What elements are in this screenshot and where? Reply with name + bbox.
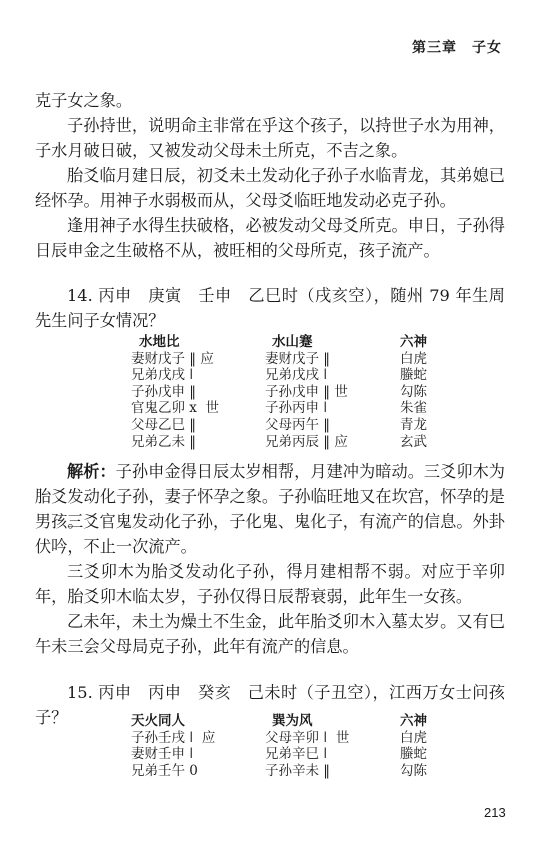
table-row: 官鬼乙卯 x 世 子孙丙申 ǀ 朱雀 (0, 400, 536, 417)
table-row: 兄弟戊戌 ǀ 兄弟戊戌 ǀ 螣蛇 (0, 367, 536, 384)
case-question-14: 14. 丙申 庚寅 壬申 乙巳时（戌亥空），随州 79 年生周先生问子女情况？ (35, 283, 505, 333)
table-header-main-hexagram: 天火同人 (131, 713, 185, 730)
table-row: 兄弟壬午 0 子孙辛未 ‖ 勾陈 (0, 763, 536, 780)
table-row: 兄弟乙未 ‖ 兄弟丙辰 ‖ 应 玄武 (0, 434, 536, 451)
table-cell: 妻财戊子 ‖ 应 (131, 351, 214, 368)
table-cell: 螣蛇 (400, 367, 427, 384)
analysis-label: 解析： (67, 462, 116, 481)
table-cell: 勾陈 (400, 384, 427, 401)
table-cell: 子孙丙申 ǀ (265, 400, 327, 417)
table-cell: 兄弟乙未 ‖ (131, 434, 196, 451)
table-cell: 父母辛卯 ǀ 世 (265, 730, 349, 747)
table-row: 妻财壬申 ǀ 兄弟辛巳 ǀ 螣蛇 (0, 746, 536, 763)
table-cell: 勾陈 (400, 763, 427, 780)
table-cell: 官鬼乙卯 x 世 (131, 400, 219, 417)
table-cell: 朱雀 (400, 400, 427, 417)
table-header-six-spirits: 六神 (400, 713, 427, 730)
table-row: 子孙戊申 ‖ 子孙戊申 ‖ 世 勾陈 (0, 384, 536, 401)
table-header-row: 水地比 水山蹇 六神 (0, 334, 536, 351)
table-cell: 子孙辛未 ‖ (265, 763, 330, 780)
table-cell: 兄弟戊戌 ǀ (131, 367, 193, 384)
table-cell: 螣蛇 (400, 746, 427, 763)
table-cell: 子孙戊申 ‖ 世 (265, 384, 348, 401)
paragraph: 逢用神子水得生扶破格，必被发动父母爻所克。申日，子孙得日辰申金之生破格不从，被旺… (35, 213, 505, 263)
table-cell: 兄弟辛巳 ǀ (265, 746, 327, 763)
table-row: 子孙壬戌 ǀ 应 父母辛卯 ǀ 世 白虎 (0, 730, 536, 747)
table-cell: 青龙 (400, 417, 427, 434)
table-header-row: 天火同人 巽为风 六神 (0, 713, 536, 730)
table-cell: 白虎 (400, 730, 427, 747)
analysis-paragraph: 三爻卯木为胎爻发动化子孙，得月建相帮不弱。对应于辛卯年，胎爻卯木临太岁，子孙仅得… (35, 559, 505, 609)
table-header-changed-hexagram: 巽为风 (272, 713, 313, 730)
table-cell: 子孙壬戌 ǀ 应 (131, 730, 215, 747)
running-head-chapter-title: 第三章 子女 (412, 37, 502, 57)
table-cell: 妻财壬申 ǀ (131, 746, 193, 763)
table-cell: 父母乙巳 ‖ (131, 417, 196, 434)
table-cell: 白虎 (400, 351, 427, 368)
table-header-changed-hexagram: 水山蹇 (272, 334, 313, 351)
paragraph-continuation: 克子女之象。 (35, 88, 505, 113)
hexagram-table-14: 水地比 水山蹇 六神 妻财戊子 ‖ 应 妻财戊子 ‖ 白虎 兄弟戊戌 ǀ 兄弟戊… (0, 334, 536, 450)
table-cell: 兄弟戊戌 ǀ (265, 367, 327, 384)
table-cell: 玄武 (400, 434, 427, 451)
table-header-six-spirits: 六神 (400, 334, 427, 351)
table-row: 妻财戊子 ‖ 应 妻财戊子 ‖ 白虎 (0, 351, 536, 368)
table-cell: 兄弟丙辰 ‖ 应 (265, 434, 348, 451)
page-number: 213 (484, 805, 506, 820)
hexagram-table-15: 天火同人 巽为风 六神 子孙壬戌 ǀ 应 父母辛卯 ǀ 世 白虎 妻财壬申 ǀ … (0, 713, 536, 779)
table-cell: 父母丙午 ‖ (265, 417, 330, 434)
table-cell: 妻财戊子 ‖ (265, 351, 330, 368)
analysis-paragraph: 三爻官鬼发动化子孙，子化鬼、鬼化子，有流产的信息。外卦伏吟，不止一次流产。 (35, 509, 505, 559)
paragraph: 胎爻临月建日辰，初爻未土发动化子孙子水临青龙，其弟媳已经怀孕。用神子水弱极而从，… (35, 163, 505, 213)
table-row: 父母乙巳 ‖ 父母丙午 ‖ 青龙 (0, 417, 536, 434)
table-cell: 兄弟壬午 0 (131, 763, 198, 780)
table-header-main-hexagram: 水地比 (139, 334, 180, 351)
table-cell: 子孙戊申 ‖ (131, 384, 196, 401)
paragraph: 子孙持世，说明命主非常在乎这个孩子，以持世子水为用神，子水月破日破，又被发动父母… (35, 113, 505, 163)
analysis-paragraph: 乙未年，未土为燥土不生金，此年胎爻卯木入墓太岁。又有巳午未三会父母局克子孙，此年… (35, 609, 505, 659)
